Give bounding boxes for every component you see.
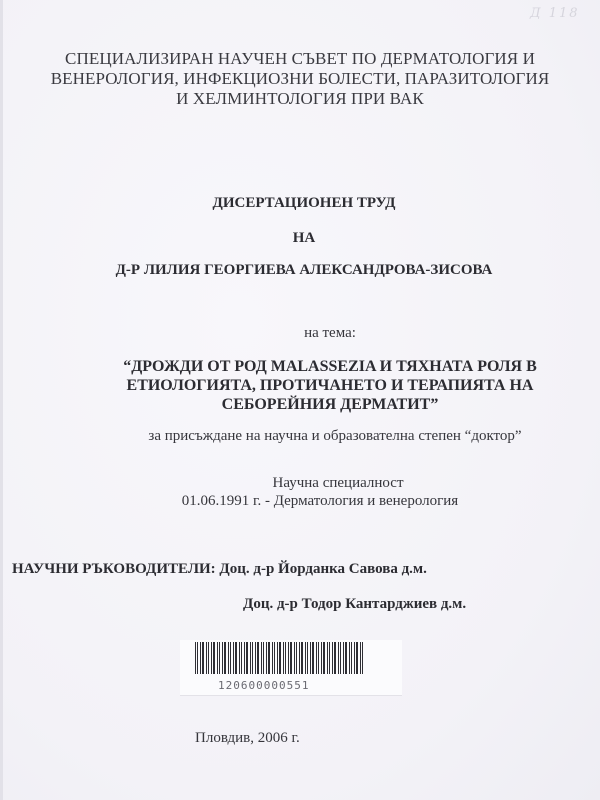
work-type: ДИСЕРТАЦИОНЕН ТРУД <box>4 195 600 212</box>
barcode-icon <box>195 642 363 674</box>
title-line-3: СЕБОРЕЙНИЯ ДЕРМАТИТ” <box>30 396 600 414</box>
barcode-sticker: 120600000551 <box>180 640 402 696</box>
title-line-2: ЕТИОЛОГИЯТА, ПРОТИЧАНЕТО И ТЕРАПИЯТА НА <box>30 377 600 395</box>
by-label: НА <box>4 230 600 247</box>
barcode-number: 120600000551 <box>218 679 309 692</box>
specialty-label: Научна специалност <box>38 475 600 492</box>
topic-label: на тема: <box>30 325 600 342</box>
council-line-2: ВЕНЕРОЛОГИЯ, ИНФЕКЦИОЗНИ БОЛЕСТИ, ПАРАЗИ… <box>0 70 600 87</box>
supervisor-1: Доц. д-р Йорданка Савова д.м. <box>219 561 426 577</box>
specialty-value: 01.06.1991 г. - Дерматология и венеролог… <box>20 493 600 510</box>
handwritten-corner-mark: Д 118 <box>530 6 580 21</box>
page-edge <box>0 0 3 800</box>
supervisors-label: НАУЧНИ РЪКОВОДИТЕЛИ: <box>12 561 216 577</box>
council-line-1: СПЕЦИАЛИЗИРАН НАУЧЕН СЪВЕТ ПО ДЕРМАТОЛОГ… <box>0 50 600 67</box>
degree-line: за присъждане на научна и образователна … <box>35 428 600 445</box>
supervisors-line: НАУЧНИ РЪКОВОДИТЕЛИ: Доц. д-р Йорданка С… <box>12 561 427 578</box>
document-page: Д 118 СПЕЦИАЛИЗИРАН НАУЧЕН СЪВЕТ ПО ДЕРМ… <box>0 0 600 800</box>
supervisor-2: Доц. д-р Тодор Кантарджиев д.м. <box>243 596 466 613</box>
council-line-3: И ХЕЛМИНТОЛОГИЯ ПРИ ВАК <box>0 90 600 107</box>
author-name: Д-Р ЛИЛИЯ ГЕОРГИЕВА АЛЕКСАНДРОВА-ЗИСОВА <box>4 262 600 279</box>
place-date: Пловдив, 2006 г. <box>195 730 300 747</box>
title-line-1: “ДРОЖДИ ОТ РОД MALASSEZIA И ТЯХНАТА РОЛЯ… <box>30 358 600 376</box>
